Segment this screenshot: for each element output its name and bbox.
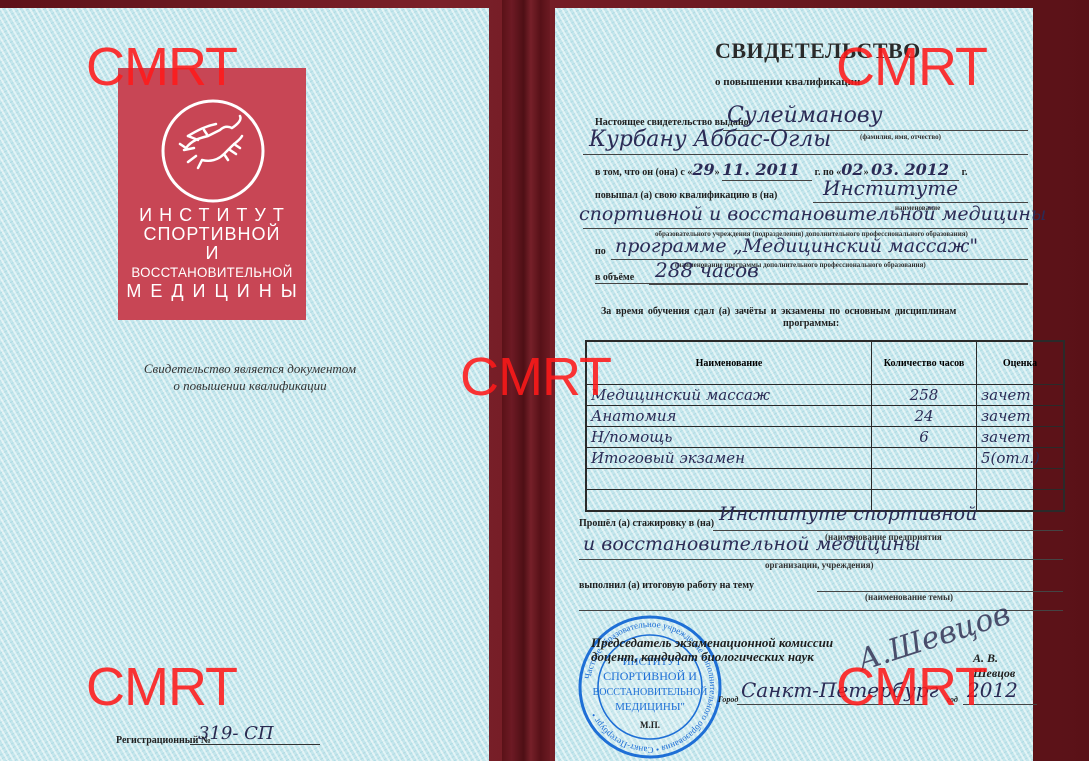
internship-line-1 (713, 530, 1063, 531)
table-row: Н/помощь6зачет (586, 427, 1064, 448)
period-from-date: 11. 2011 (722, 160, 812, 181)
volume-line (649, 284, 1028, 285)
final-work-label: выполнил (а) итоговую работу на тему (579, 580, 754, 591)
table-row: Анатомия24зачет (586, 406, 1064, 427)
logo-line-5: МЕДИЦИНЫ (118, 282, 306, 301)
grade-hours-cell: 6 (872, 427, 977, 448)
watermark: CMRT (836, 40, 987, 94)
hand-in-circle-icon (158, 96, 268, 206)
logo-line-3: И (118, 244, 306, 263)
grade-value-cell (977, 490, 1065, 512)
left-page: ИНСТИТУТ СПОРТИВНОЙ И ВОССТАНОВИТЕЛЬНОЙ … (0, 8, 489, 761)
chair-line-2: доцент, кандидат биологических наук (591, 650, 833, 664)
chair-line-1: Председатель экзаменационной комиссии (591, 636, 833, 650)
institution-value-2: спортивной и восстановительной медицины (579, 204, 1046, 224)
grade-hours-cell: 258 (872, 385, 977, 406)
stamp-line-2: СПОРТИВНОЙ И (603, 669, 697, 683)
internship-value-2: и восстановительной медицины (583, 534, 920, 554)
period-from-day: 29 (692, 160, 714, 179)
logo-line-2: СПОРТИВНОЙ (118, 225, 306, 244)
issued-to-surname: Сулейманову (727, 106, 882, 126)
final-work-hint: (наименование темы) (865, 592, 953, 602)
logo-line-4: ВОССТАНОВИТЕЛЬНОЙ (123, 263, 302, 282)
institution-value-1: Институте (823, 178, 958, 198)
watermark: CMRT (86, 660, 237, 714)
program-label: по (595, 246, 606, 257)
qualified-label: повышал (а) свою квалификацию в (на) (595, 190, 777, 201)
table-row: Медицинский массаж258зачет (586, 385, 1064, 406)
name-line (583, 154, 1028, 155)
right-page: СВИДЕТЕЛЬСТВО о повышении квалификации Н… (555, 8, 1033, 761)
exams-intro: За время обучения сдал (а) зачёты и экза… (601, 306, 956, 317)
caption-line-2: о повышении квалификации (60, 377, 440, 394)
issued-to-name: Курбану Аббас-Оглы (589, 130, 831, 150)
period-suffix: г. (962, 167, 968, 178)
left-caption: Свидетельство является документом о повы… (60, 360, 440, 394)
table-row: Итоговый экзамен5(отл.) (586, 448, 1064, 469)
internship-label: Прошёл (а) стажировку в (на) (579, 518, 714, 529)
grade-name-cell (586, 469, 872, 490)
grade-hours-cell (872, 469, 977, 490)
exams-intro-2: программы: (783, 318, 839, 329)
fio-hint: (фамилия, имя, отчество) (860, 133, 941, 141)
institution-line-2 (583, 228, 1028, 229)
watermark: CMRT (86, 40, 237, 94)
logo-line-1: ИНСТИТУТ (118, 206, 306, 225)
grade-hours-cell (872, 448, 977, 469)
caption-line-1: Свидетельство является документом (60, 360, 440, 377)
grade-value-cell: зачет (977, 406, 1065, 427)
volume-label: в объёме (595, 272, 634, 283)
grade-name-cell: Н/помощь (586, 427, 872, 448)
grade-value-cell: зачет (977, 427, 1065, 448)
table-row (586, 469, 1064, 490)
stamp-line-4: МЕДИЦИНЫ" (615, 701, 685, 713)
watermark: CMRT (460, 350, 611, 404)
grade-hours-cell: 24 (872, 406, 977, 427)
chair-title: Председатель экзаменационной комиссии до… (591, 636, 833, 664)
institute-logo: ИНСТИТУТ СПОРТИВНОЙ И ВОССТАНОВИТЕЛЬНОЙ … (118, 68, 306, 320)
grade-name-cell: Медицинский массаж (586, 385, 872, 406)
grade-name-cell: Итоговый экзамен (586, 448, 872, 469)
column-header-name: Наименование (586, 341, 872, 385)
grade-value-cell (977, 469, 1065, 490)
watermark: CMRT (836, 660, 987, 714)
period-prefix: в том, что он (она) с « (595, 167, 692, 178)
internship-value-1: Институте спортивной (719, 504, 977, 524)
internship-hint-2: организации, учреждения) (765, 560, 874, 570)
volume-value: 288 часов (655, 260, 759, 280)
program-value: программе „Медицинский массаж" (615, 236, 978, 256)
grade-value-cell: зачет (977, 385, 1065, 406)
column-header-hours: Количество часов (872, 341, 977, 385)
registration-number: 319- СП (190, 723, 320, 745)
stamp-mp-label: М.П. (640, 720, 660, 730)
column-header-grade: Оценка (977, 341, 1065, 385)
stamp-line-3: ВОССТАНОВИТЕЛЬНОЙ (593, 686, 708, 698)
city-label: Город (718, 695, 738, 704)
grades-table: Наименование Количество часов Оценка Мед… (585, 340, 1065, 512)
grade-value-cell: 5(отл.) (977, 448, 1065, 469)
grade-name-cell: Анатомия (586, 406, 872, 427)
